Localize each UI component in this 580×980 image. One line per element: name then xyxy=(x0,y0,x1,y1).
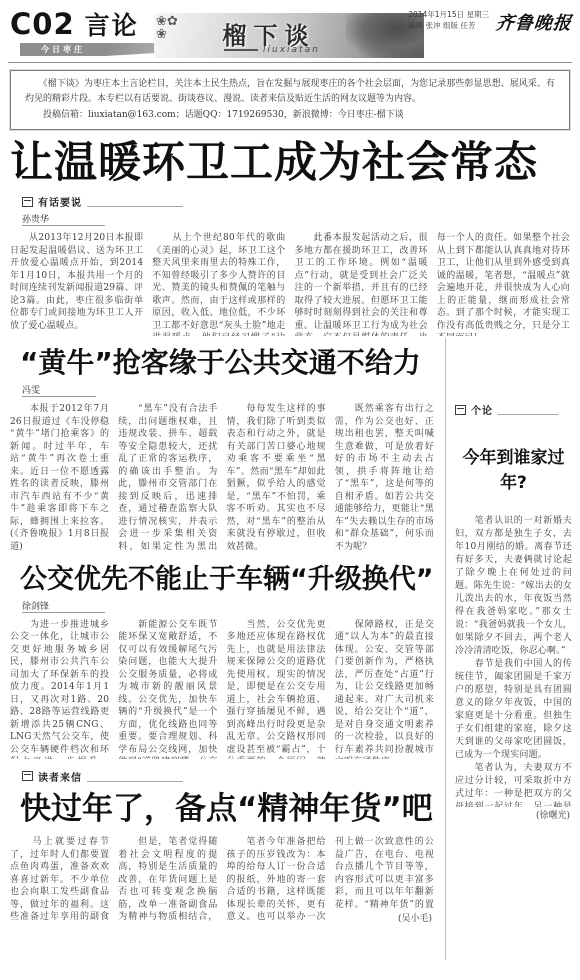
article-column: 笔者今年准备把给孩子的压岁钱改为：本埠的给每人订一份合适的报纸，外地的寄一套合适… xyxy=(227,836,326,924)
section-box-icon xyxy=(455,405,466,415)
letter-body: 马上就要过春节了，过年时人们都要置点鱼肉鸡蛋，准备欢欢喜喜过新年。不少单位也会向… xyxy=(10,836,434,924)
left-article-region: “黄牛”抢客缘于公共交通不给力 冯雯 本报于2012年7月26日报道过《车没停稳… xyxy=(8,338,436,924)
section-box-icon xyxy=(22,771,33,781)
lead-article-headline[interactable]: 让温暖环卫工成为社会常态 xyxy=(10,140,572,186)
letter-signature: (吴小毛) xyxy=(335,911,434,924)
intro-contact: 投稿信箱：liuxiatan@163.com；话题QQ：1719269530，新… xyxy=(25,108,555,123)
bus-author: 徐剑锋 xyxy=(22,599,436,613)
article-column: 刊上做一次致意性的公益广告，在电台、电视台点播几个节目等等，内容形式可以更丰富多… xyxy=(335,836,434,910)
article-column: 为进一步推进城乡公交一体化，让城市公交更好地服务城乡居民，滕州市公共汽车公司加大… xyxy=(10,619,109,759)
article-column: 新能源公交车既节能环保又宽敞舒适，不仅可以有效缓解尾气污染问题，也能大大提升公交… xyxy=(118,619,217,759)
lower-layout: “黄牛”抢客缘于公共交通不给力 冯雯 本报于2012年7月26日报道过《车没停稳… xyxy=(8,338,572,960)
section-marker-rule xyxy=(87,781,183,782)
dateline: 2014年1月15日 星期三 编辑 张冲 组版 任芳 齐鲁晚报 xyxy=(408,9,572,35)
column-intro-box: 《榴下谈》为枣庄本土言论栏目，关注本土民生热点，旨在发掘与展现枣庄的各个社会层面… xyxy=(10,70,570,130)
edition-label: 今日枣庄 xyxy=(20,43,106,56)
article-column: 既然乘客有出行之需，作为公交也好、正规出租也罢，整天叫喊生意难做，可是放着好好的… xyxy=(335,403,434,553)
article-column-with-signature: 刊上做一次致意性的公益广告，在电台、电视台点播几个节目等等，内容形式可以更丰富多… xyxy=(335,836,434,924)
intro-text: 《榴下谈》为枣庄本土言论栏目，关注本土民生热点，旨在发掘与展现枣庄的各个社会层面… xyxy=(25,77,555,107)
sidebar-headline[interactable]: 今年到谁家过年? xyxy=(455,443,572,493)
huangniu-headline[interactable]: “黄牛”抢客缘于公共交通不给力 xyxy=(20,348,436,379)
masthead-dash-line xyxy=(224,49,258,51)
issue-date: 2014年1月15日 星期三 xyxy=(408,9,489,20)
section-box-icon xyxy=(22,197,33,207)
article-column: 每每发生这样的事情，我们除了听到类似表态和行动之外，就是有关部门苦口婆心地规劝乘… xyxy=(227,403,326,553)
lead-article-body: 从2013年12月20日本报即日起发起温暖倡议、送为环卫工开放爱心温暖点开始，到… xyxy=(10,232,570,336)
page-number: C02 xyxy=(10,7,75,41)
section-marker-youhua: 有话要说 xyxy=(22,194,572,209)
bus-body: 为进一步推进城乡公交一体化，让城市公交更好地服务城乡居民，滕州市公共汽车公司加大… xyxy=(10,619,434,759)
article-column: 但是，笔者觉得随着社会文明程度的提高，特别是生活质量的改善，在年货问题上是否也可… xyxy=(118,836,217,924)
section-marker-letters: 读者来信 xyxy=(22,769,436,784)
sidebar-signature: (徐曙光) xyxy=(455,808,572,821)
staff-credits: 编辑 张冲 组版 任芳 xyxy=(408,20,489,31)
bus-headline[interactable]: 公交优先不能止于车辆“升级换代” xyxy=(20,565,436,595)
article-column: 本报于2012年7月26日报道过《车没停稳 “黄牛”堵门抢乘客》的新闻。时过半年… xyxy=(10,403,109,553)
section-marker-label: 读者来信 xyxy=(38,769,82,784)
letter-headline[interactable]: 快过年了，备点“精神年货”吧 xyxy=(20,792,436,826)
sidebar-body: 笔者认识的一对新婚夫妇，双方都是独生子女，去年10月刚结的婚。离春节还有好多天，… xyxy=(455,515,572,807)
section-marker-label: 个论 xyxy=(471,402,493,417)
article-column: 从上个世纪80年代的歌曲《美丽的心灵》起，环卫工这个整天风里来雨里去的特殊工作，… xyxy=(152,232,285,336)
article-column: 每一个人的责任。如果整个社会从上到下都能认认真真地对待环卫工，让他们从里到外感受… xyxy=(437,232,570,336)
masthead-pinyin: liuxiatan xyxy=(263,45,320,55)
article-column: 当然，公交优先更多地还应体现在路权优先上，也就是用法律法规来保障公交的道路优先使… xyxy=(227,619,326,759)
opinion-sidebar: 个论 今年到谁家过年? 笔者认识的一对新婚夫妇，双方都是独生子女，去年10月刚结… xyxy=(445,338,572,960)
section-title: 言论 xyxy=(85,6,139,42)
huangniu-author: 冯雯 xyxy=(22,383,436,397)
section-marker-label: 有话要说 xyxy=(38,194,82,209)
newspaper-page: C02 言论 今日枣庄 ❀✿ ❀ 榴下谈 liuxiatan 2014年1月15… xyxy=(0,0,580,980)
article-column: 此番本报发起活动之后，很多地方都在援助环卫工，改善环卫工的工作环境。例如“温暖点… xyxy=(295,232,428,336)
article-column: “黑车”没有合法手续，出问题维权难，且违规改装、拼车、超载等安全隐患较大，还扰乱… xyxy=(118,403,217,553)
page-header: C02 言论 今日枣庄 ❀✿ ❀ 榴下谈 liuxiatan 2014年1月15… xyxy=(8,4,572,63)
section-marker-rule xyxy=(87,206,183,207)
lead-article-author: 孙贵华 xyxy=(22,212,572,226)
article-column: 从2013年12月20日本报即日起发起温暖倡议、送为环卫工开放爱心温暖点开始，到… xyxy=(10,232,143,336)
article-column: 保障路权，正是交通“以人为本”的最直接体现。公安、交管等部门要创新作为，严格执法… xyxy=(335,619,434,759)
section-marker-rule xyxy=(498,414,558,415)
article-column: 马上就要过春节了，过年时人们都要置点鱼肉鸡蛋，准备欢欢喜喜过新年。不少单位也会向… xyxy=(10,836,109,924)
column-masthead: ❀✿ ❀ 榴下谈 liuxiatan xyxy=(154,13,424,58)
huangniu-body: 本报于2012年7月26日报道过《车没停稳 “黄牛”堵门抢乘客》的新闻。时过半年… xyxy=(10,403,434,553)
section-marker-gelun: 个论 xyxy=(455,402,572,417)
paper-logo: 齐鲁晚报 xyxy=(495,9,574,35)
